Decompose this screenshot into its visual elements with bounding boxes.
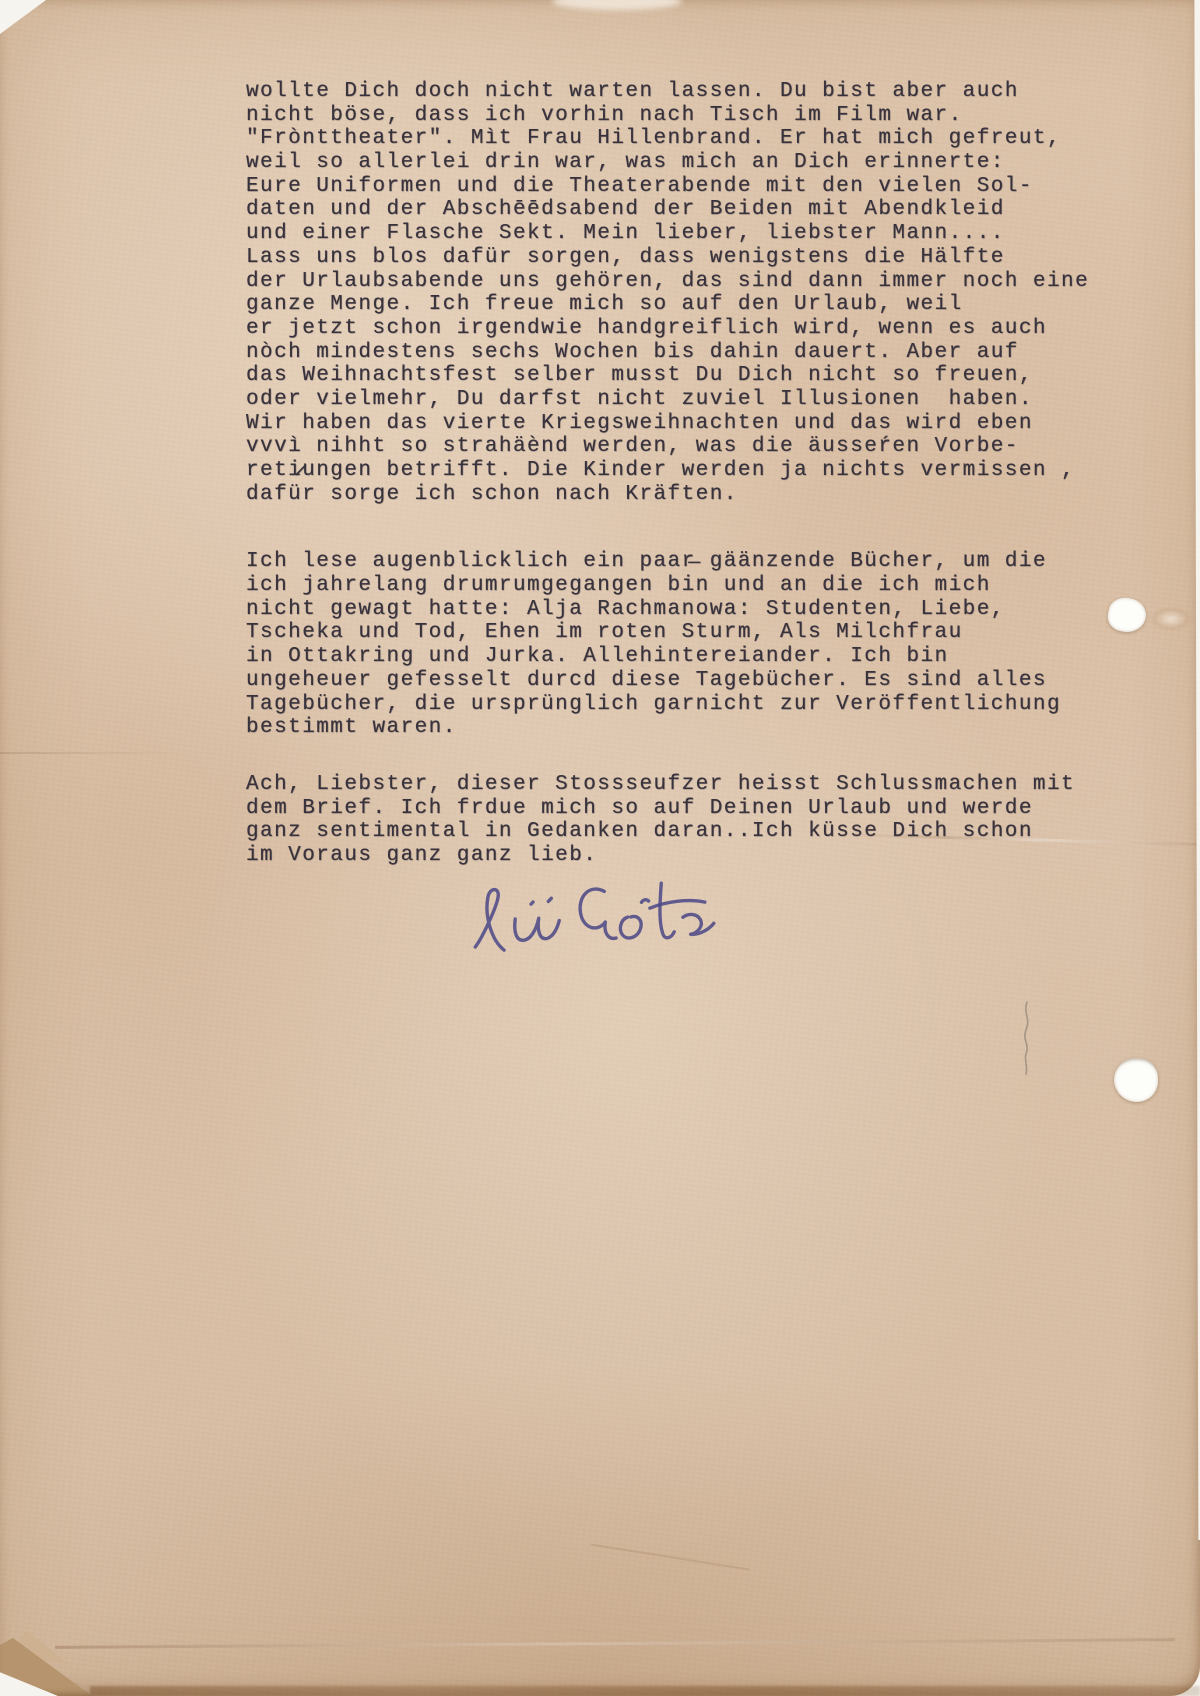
- letter-line: Tagebücher, die ursprünglich garnicht zu…: [246, 693, 1089, 717]
- hole-punch: [1106, 596, 1148, 635]
- letter-line: Tscheka und Tod, Ehen im roten Sturm, Al…: [246, 621, 1089, 645]
- letter-line: bestimmt waren.: [246, 716, 1089, 740]
- paper-tear: [552, 0, 682, 10]
- letter-line: "Frònttheater". Mìt Frau Hillenbrand. Er…: [246, 127, 1089, 151]
- letter-line: wollte Dich doch nicht warten lassen. Du…: [246, 80, 1089, 104]
- letter-line: der Urlaubsabende uns gehören, das sind …: [246, 270, 1089, 294]
- paragraph-1: wollte Dich doch nicht warten lassen. Du…: [246, 80, 1089, 506]
- scanned-letter-screenshot: { "page": { "paper_color": "#d9c0a8", "i…: [0, 0, 1200, 1696]
- paragraph-3: Ach, Liebster, dieser Stossseufzer heiss…: [246, 773, 1089, 868]
- letter-line: Wir haben das vierte Kriegsweihnachten u…: [246, 412, 1089, 436]
- letter-line: reti̷ungen betrifft. Die Kinder werden j…: [246, 459, 1089, 483]
- letter-line: dafür sorge ich schon nach Kräften.: [246, 483, 1089, 507]
- handwritten-signature: [450, 867, 729, 977]
- paper-tear: [0, 0, 46, 34]
- letter-line: und einer Flasche Sekt. Mein lieber, lie…: [246, 222, 1089, 246]
- hole-punch: [1114, 1058, 1158, 1102]
- letter-line: nòch mindestens sechs Wochen bis dahin d…: [246, 341, 1089, 365]
- letter-line: Ach, Liebster, dieser Stossseufzer heiss…: [246, 773, 1089, 797]
- letter-line: ungeheuer gefesselt durcd diese Tagebüch…: [246, 669, 1089, 693]
- letter-body: wollte Dich doch nicht warten lassen. Du…: [246, 80, 1089, 868]
- letter-line: ganz sentimental in Gedanken daran..Ich …: [246, 820, 1089, 844]
- paper-wrinkle: [1148, 606, 1194, 632]
- paper-crease: [0, 752, 185, 754]
- letter-line: vvvì nihht so strahäènd werden, was die …: [246, 435, 1089, 459]
- letter-line: Lass uns blos dafür sorgen, dass wenigst…: [246, 246, 1089, 270]
- letter-line: ich jahrelang drumrumgegangen bin und an…: [246, 574, 1089, 598]
- paragraph-2: Ich lese augenblicklich ein paar̶ gäänze…: [246, 550, 1089, 740]
- letter-line: ganze Menge. Ich freue mich so auf den U…: [246, 293, 1089, 317]
- letter-line: nicht böse, dass ich vorhin nach Tisch i…: [246, 104, 1089, 128]
- letter-line: Eure Uniformen und die Theaterabende mit…: [246, 175, 1089, 199]
- letter-page: wollte Dich doch nicht warten lassen. Du…: [0, 0, 1200, 1696]
- paper-edge: [1192, 0, 1200, 1540]
- letter-line: dem Brief. Ich frdue mich so auf Deinen …: [246, 797, 1089, 821]
- paper-crease: [591, 1543, 749, 1570]
- pencil-mark: [1015, 996, 1049, 1080]
- letter-line: weil so allerlei drin war, was mich an D…: [246, 151, 1089, 175]
- letter-line: in Ottakring und Jurka. Allehintereiande…: [246, 645, 1089, 669]
- letter-line: oder vielmehr, Du darfst nicht zuviel Il…: [246, 388, 1089, 412]
- letter-line: daten und der Abschēēdsabend der Beiden …: [246, 198, 1089, 222]
- letter-line: er jetzt schon irgendwie handgreiflich w…: [246, 317, 1089, 341]
- paper-edge: [90, 1686, 1200, 1696]
- letter-line: Ich lese augenblicklich ein paar̶ gäänze…: [246, 550, 1089, 574]
- letter-line: das Weihnachtsfest selber musst Du Dich …: [246, 364, 1089, 388]
- letter-line: im Voraus ganz ganz lieb.: [246, 844, 1089, 868]
- paper-crease: [55, 1638, 1175, 1649]
- letter-line: nicht gewagt hatte: Alja Rachmanowa: Stu…: [246, 598, 1089, 622]
